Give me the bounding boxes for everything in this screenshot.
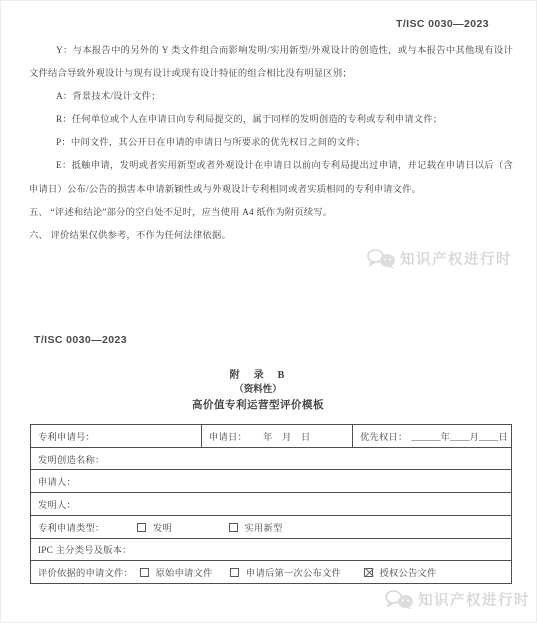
note-item-6: 六、 评价结果仅供参考，不作为任何法律依据。 [29, 225, 513, 248]
checkbox-utility-model-label: 实用新型 [245, 524, 283, 534]
patent-type-cell: 专利申请类型： 发明 实用新型 [31, 515, 512, 538]
eval-basis-label: 评价依据的申请文件： [38, 569, 133, 579]
checkbox-first-publication[interactable] [230, 568, 239, 577]
ipc-cell: IPC 主分类号及版本： [31, 538, 512, 561]
table-row-patent-type: 专利申请类型： 发明 实用新型 [31, 515, 512, 538]
checkbox-invention-label: 发明 [153, 524, 172, 534]
note-item-5: 五、 “评述和结论”部分的空白处不足时，应当使用 A4 纸作为附页续写。 [29, 202, 513, 225]
table-row-invention-name: 发明创造名称： [31, 447, 512, 470]
eval-basis-cell: 评价依据的申请文件： 原始申请文件 申请后第一次公布文件 授权公告文件 [31, 561, 512, 584]
filing-date-cell: 申请日：年 月 日 [202, 425, 353, 448]
checkbox-invention[interactable] [137, 523, 146, 532]
watermark-bottom: 知识产权进行时 [385, 589, 530, 610]
watermark-top: 知识产权进行时 [367, 248, 512, 269]
checkbox-original-application-label: 原始申请文件 [156, 569, 213, 579]
checkbox-original-application[interactable] [140, 568, 149, 577]
inventor-cell: 发明人： [31, 493, 512, 516]
filing-date-value: 年 月 日 [263, 433, 311, 443]
applicant-label: 申请人： [38, 478, 76, 488]
note-item-y: Y：与本报告中的另外的 Y 类文件组合而影响发明/实用新型/外观设计的创造性，或… [29, 40, 513, 86]
document-page: T/ISC 0030—2023 Y：与本报告中的另外的 Y 类文件组合而影响发明… [0, 0, 537, 623]
option-first-publication: 申请后第一次公布文件 [230, 565, 341, 579]
notes-section: Y：与本报告中的另外的 Y 类文件组合而影响发明/实用新型/外观设计的创造性，或… [29, 40, 513, 248]
inventor-label: 发明人： [38, 501, 76, 511]
watermark-text: 知识产权进行时 [418, 589, 530, 610]
checkbox-grant-announcement-label: 授权公告文件 [380, 569, 437, 579]
option-original-application: 原始申请文件 [140, 565, 213, 579]
checkbox-first-publication-label: 申请后第一次公布文件 [246, 569, 341, 579]
table-row-ipc: IPC 主分类号及版本： [31, 538, 512, 561]
standard-number-page2: T/ISC 0030—2023 [34, 334, 127, 346]
invention-name-label: 发明创造名称： [38, 456, 104, 466]
priority-date-label: 优先权日： [360, 433, 408, 443]
note-item-e: E：抵触申请，发明或者实用新型或者外观设计在申请日以前向专利局提出过申请，并记载… [29, 155, 513, 201]
note-item-a: A：背景技术/设计文件； [29, 86, 513, 109]
option-utility-model: 实用新型 [229, 520, 283, 534]
chat-bubbles-icon [385, 590, 414, 610]
filing-date-label: 申请日： [209, 433, 247, 443]
watermark-text: 知识产权进行时 [400, 248, 512, 269]
priority-date-cell: 优先权日：______年____月____日 [353, 425, 512, 448]
table-row-eval-basis: 评价依据的申请文件： 原始申请文件 申请后第一次公布文件 授权公告文件 [31, 561, 512, 584]
table-row-dates: 专利申请号： 申请日：年 月 日 优先权日：______年____月____日 [31, 425, 512, 448]
appendix-title-block: 附 录 B （资料性） 高价值专利运营型评价模板 [17, 368, 499, 414]
note-item-r: R：任何单位或个人在申请日向专利局提交的，属于同样的发明创造的专利或专利申请文件… [29, 109, 513, 132]
applicant-cell: 申请人： [31, 470, 512, 493]
patent-type-label: 专利申请类型： [38, 524, 104, 534]
table-row-inventor: 发明人： [31, 493, 512, 516]
checkbox-utility-model[interactable] [229, 523, 238, 532]
standard-number-header: T/ISC 0030—2023 [396, 18, 489, 30]
checkbox-grant-announcement[interactable] [364, 568, 373, 577]
appendix-title: 附 录 B [17, 368, 499, 383]
option-grant-announcement: 授权公告文件 [364, 565, 437, 579]
evaluation-form-table: 专利申请号： 申请日：年 月 日 优先权日：______年____月____日 … [30, 424, 512, 584]
application-no-cell: 专利申请号： [31, 425, 202, 448]
ipc-label: IPC 主分类号及版本： [38, 546, 132, 556]
note-item-p: P：中间文件，其公开日在申请的申请日与所要求的优先权日之间的文件； [29, 132, 513, 155]
application-no-label: 专利申请号： [38, 433, 95, 443]
chat-bubbles-icon [367, 249, 396, 269]
table-row-applicant: 申请人： [31, 470, 512, 493]
option-invention: 发明 [137, 520, 172, 534]
appendix-subtitle: （资料性） [17, 383, 499, 398]
appendix-template-title: 高价值专利运营型评价模板 [17, 398, 499, 414]
invention-name-cell: 发明创造名称： [31, 447, 512, 470]
priority-date-blanks: ______年____月____日 [412, 433, 508, 443]
